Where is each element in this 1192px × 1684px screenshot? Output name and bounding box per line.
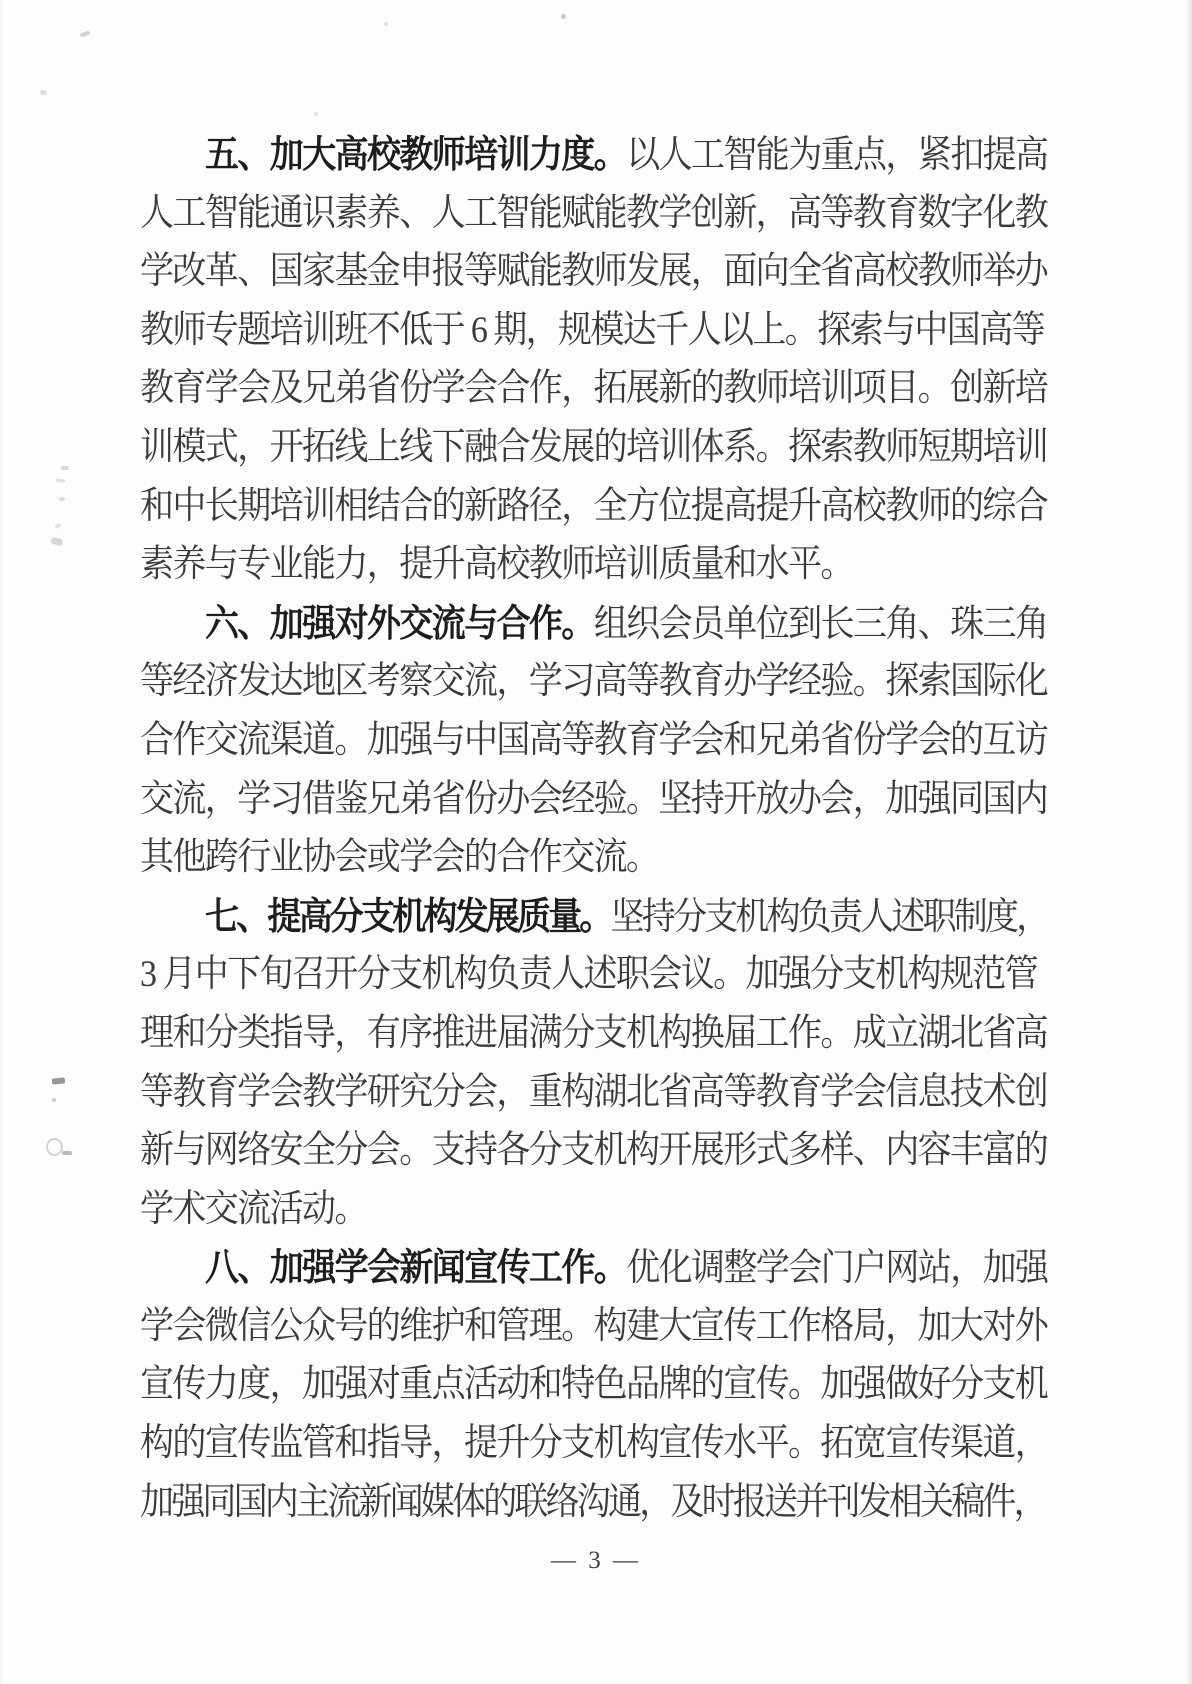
line-text: 学改革、国家基金申报等赋能教师发展，面向全省高校教师举办 <box>140 251 1047 292</box>
page-number: — 3 — <box>0 1544 1192 1578</box>
text-line: 加强同国内主流新闻媒体的联络沟通，及时报送并刊发相关稿件， <box>140 1471 1048 1535</box>
line-text: 构的宣传监管和指导，提升分支机构宣传水平。拓宽宣传渠道， <box>140 1423 1047 1464</box>
line-text: 其他跨行业协会或学会的合作交流。 <box>140 837 658 878</box>
line-text: 学会微信公众号的维护和管理。构建大宣传工作格局，加大对外 <box>140 1306 1047 1347</box>
line-text: 加强同国内主流新闻媒体的联络沟通，及时报送并刊发相关稿件， <box>140 1482 1045 1523</box>
section-heading: 七、提高分支机构发展质量。 <box>205 896 611 938</box>
line-text: 等教育学会教学研究分会，重构湖北省高等教育学会信息技术创 <box>140 1072 1047 1113</box>
scan-smudge <box>314 112 318 116</box>
section-heading: 六、加强对外交流与合作。 <box>205 603 594 645</box>
scan-smudge <box>61 466 69 470</box>
text-line: 教育学会及兄弟省份学会合作，拓展新的教师培训项目。创新培 <box>140 357 1048 421</box>
line-text: 教师专题培训班不低于 6 期，规模达千人以上。探索与中国高等 <box>140 310 1044 351</box>
line-text: 训模式，开拓线上线下融合发展的培训体系。探索教师短期培训 <box>140 427 1047 468</box>
line-text: 等经济发达地区考察交流，学习高等教育办学经验。探索国际化 <box>140 661 1047 702</box>
text-line: 和中长期培训相结合的新路径，全方位提高提升高校教师的综合 <box>140 475 1048 539</box>
text-line: 新与网络安全分会。支持各分支机构开展形式多样、内容丰富的 <box>140 1119 1048 1183</box>
text-line: 五、加大高校教师培训力度。以人工智能为重点，紧扣提高 <box>140 123 1048 187</box>
scan-smudge <box>52 1098 56 1102</box>
text-line: 学会微信公众号的维护和管理。构建大宣传工作格局，加大对外 <box>140 1295 1048 1359</box>
text-line: 训模式，开拓线上线下融合发展的培训体系。探索教师短期培训 <box>140 416 1048 480</box>
line-text: 新与网络安全分会。支持各分支机构开展形式多样、内容丰富的 <box>140 1130 1047 1171</box>
scan-smudge <box>52 1077 66 1084</box>
line-text: 合作交流渠道。加强与中国高等教育学会和兄弟省份学会的互访 <box>140 720 1047 761</box>
text-line: 3 月中下旬召开分支机构负责人述职会议。加强分支机构规范管 <box>140 943 1048 1007</box>
line-text: 教育学会及兄弟省份学会合作，拓展新的教师培训项目。创新培 <box>140 368 1047 409</box>
line-text: 优化调整学会门户网站，加强 <box>626 1248 1047 1289</box>
text-line: 六、加强对外交流与合作。组织会员单位到长三角、珠三角 <box>140 592 1048 656</box>
text-line: 八、加强学会新闻宣传工作。优化调整学会门户网站，加强 <box>140 1236 1048 1300</box>
document-body: 五、加大高校教师培训力度。以人工智能为重点，紧扣提高人工智能通识素养、人工智能赋… <box>140 126 1048 1532</box>
document-page: 五、加大高校教师培训力度。以人工智能为重点，紧扣提高人工智能通识素养、人工智能赋… <box>0 0 1192 1684</box>
line-text: 3 月中下旬召开分支机构负责人述职会议。加强分支机构规范管 <box>140 954 1037 995</box>
text-line: 素养与专业能力，提升高校教师培训质量和水平。 <box>140 533 1048 597</box>
text-line: 合作交流渠道。加强与中国高等教育学会和兄弟省份学会的互访 <box>140 709 1048 773</box>
scan-smudge <box>59 497 65 501</box>
scan-edge-shadow-right <box>1186 0 1192 1684</box>
text-line: 教师专题培训班不低于 6 期，规模达千人以上。探索与中国高等 <box>140 299 1048 363</box>
line-text: 理和分类指导，有序推进届满分支机构换届工作。成立湖北省高 <box>140 1013 1047 1054</box>
text-line: 等经济发达地区考察交流，学习高等教育办学经验。探索国际化 <box>140 650 1048 714</box>
text-line: 学改革、国家基金申报等赋能教师发展，面向全省高校教师举办 <box>140 240 1048 304</box>
text-line: 构的宣传监管和指导，提升分支机构宣传水平。拓宽宣传渠道， <box>140 1412 1048 1476</box>
text-line: 人工智能通识素养、人工智能赋能教学创新，高等教育数字化教 <box>140 182 1048 246</box>
line-text: 人工智能通识素养、人工智能赋能教学创新，高等教育数字化教 <box>140 193 1047 234</box>
text-line: 理和分类指导，有序推进届满分支机构换届工作。成立湖北省高 <box>140 1002 1048 1066</box>
scan-smudge <box>46 1138 63 1156</box>
scan-smudge <box>561 14 566 19</box>
scan-smudge <box>56 478 65 482</box>
scan-smudge <box>80 31 91 38</box>
line-text: 学术交流活动。 <box>140 1189 367 1230</box>
line-text: 坚持分支机构负责人述职制度， <box>611 897 1048 938</box>
line-text: 宣传力度，加强对重点活动和特色品牌的宣传。加强做好分支机 <box>140 1365 1047 1406</box>
text-line: 其他跨行业协会或学会的合作交流。 <box>140 826 1048 890</box>
line-text: 和中长期培训相结合的新路径，全方位提高提升高校教师的综合 <box>140 486 1047 527</box>
line-text: 以人工智能为重点，紧扣提高 <box>626 135 1047 176</box>
scan-smudge <box>39 89 47 96</box>
text-line: 学术交流活动。 <box>140 1178 1048 1242</box>
text-line: 等教育学会教学研究分会，重构湖北省高等教育学会信息技术创 <box>140 1061 1048 1125</box>
text-line: 宣传力度，加强对重点活动和特色品牌的宣传。加强做好分支机 <box>140 1354 1048 1418</box>
scan-smudge <box>54 523 61 529</box>
text-line: 交流，学习借鉴兄弟省份办会经验。坚持开放办会，加强同国内 <box>140 768 1048 832</box>
section-heading: 五、加大高校教师培训力度。 <box>205 134 626 176</box>
line-text: 素养与专业能力，提升高校教师培训质量和水平。 <box>140 544 853 585</box>
section-heading: 八、加强学会新闻宣传工作。 <box>205 1247 626 1289</box>
scan-smudge <box>384 22 388 26</box>
scan-smudge <box>50 537 63 547</box>
line-text: 交流，学习借鉴兄弟省份办会经验。坚持开放办会，加强同国内 <box>140 779 1047 820</box>
scan-smudge <box>62 1151 72 1155</box>
text-line: 七、提高分支机构发展质量。坚持分支机构负责人述职制度， <box>140 885 1048 949</box>
scan-edge-shadow-left <box>0 0 4 1684</box>
line-text: 组织会员单位到长三角、珠三角 <box>594 604 1048 645</box>
